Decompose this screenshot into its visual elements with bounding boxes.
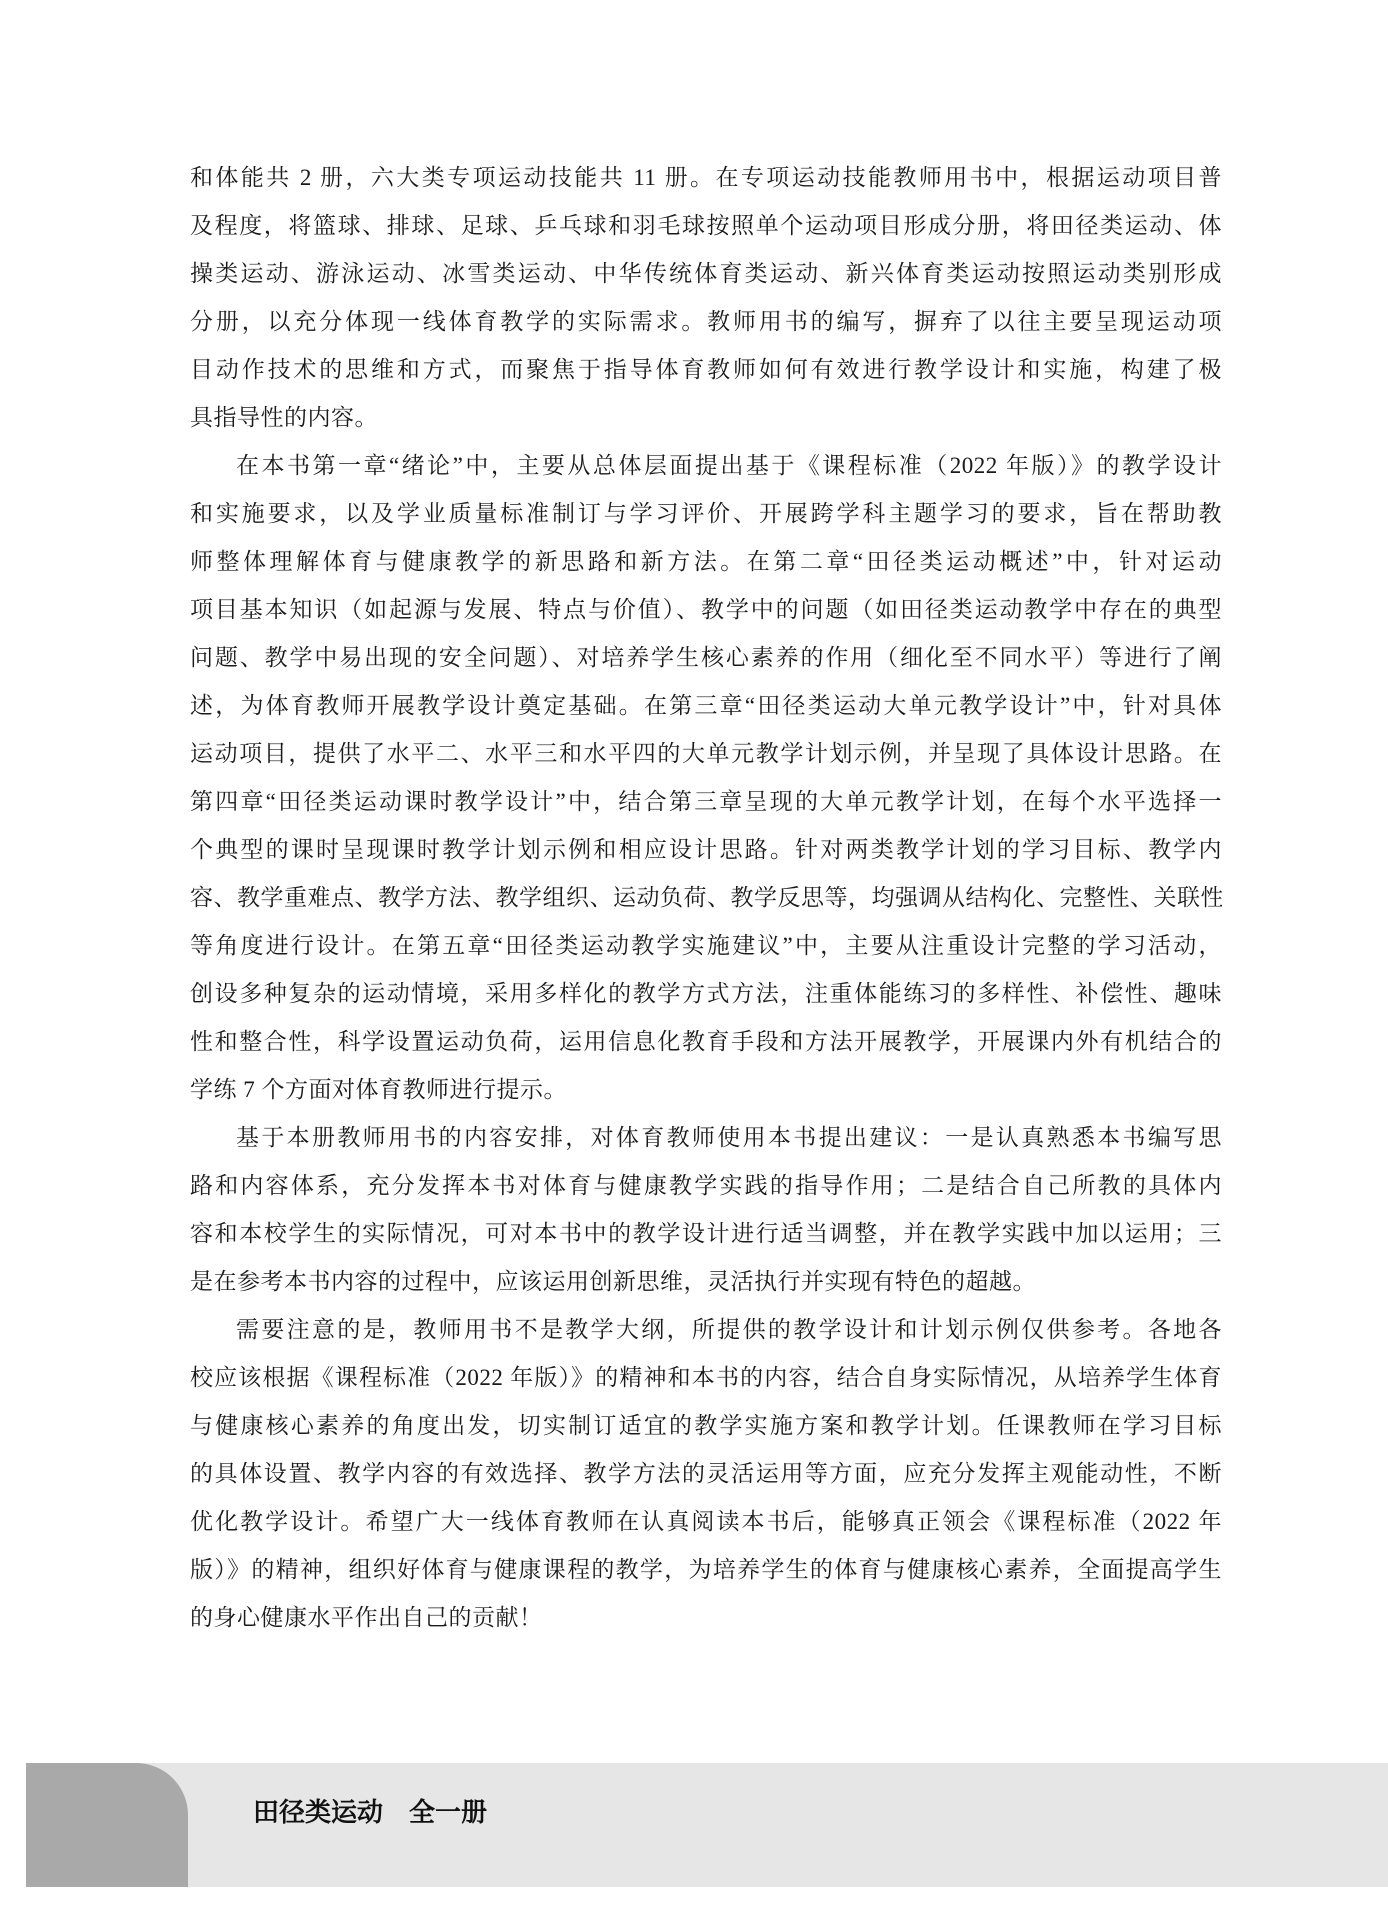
text-line: 个典型的课时呈现课时教学计划示例和相应设计思路。针对两类教学计划的学习目标、教学… <box>190 826 1222 874</box>
text-line: 的具体设置、教学内容的有效选择、教学方法的灵活运用等方面，应充分发挥主观能动性，… <box>190 1450 1222 1498</box>
text-line: 优化教学设计。希望广大一线体育教师在认真阅读本书后，能够真正领会《课程标准（20… <box>190 1498 1222 1546</box>
text-line: 容和本校学生的实际情况，可对本书中的教学设计进行适当调整，并在教学实践中加以运用… <box>190 1210 1222 1258</box>
text-line: 及程度，将篮球、排球、足球、乒乓球和羽毛球按照单个运动项目形成分册，将田径类运动… <box>190 202 1222 250</box>
text-line: 和体能共 2 册，六大类专项运动技能共 11 册。在专项运动技能教师用书中，根据… <box>190 154 1222 202</box>
text-line: 需要注意的是，教师用书不是教学大纲，所提供的教学设计和计划示例仅供参考。各地各 <box>190 1306 1222 1354</box>
text-line: 目动作技术的思维和方式，而聚焦于指导体育教师如何有效进行教学设计和实施，构建了极 <box>190 346 1222 394</box>
text-line: 操类运动、游泳运动、冰雪类运动、中华传统体育类运动、新兴体育类运动按照运动类别形… <box>190 250 1222 298</box>
text-line: 性和整合性，科学设置运动负荷，运用信息化教育手段和方法开展教学，开展课内外有机结… <box>190 1018 1222 1066</box>
paragraph: 基于本册教师用书的内容安排，对体育教师使用本书提出建议：一是认真熟悉本书编写思 … <box>190 1114 1222 1306</box>
text-line: 师整体理解体育与健康教学的新思路和新方法。在第二章“田径类运动概述”中，针对运动 <box>190 538 1222 586</box>
text-line: 基于本册教师用书的内容安排，对体育教师使用本书提出建议：一是认真熟悉本书编写思 <box>190 1114 1222 1162</box>
text-line: 容、教学重难点、教学方法、教学组织、运动负荷、教学反思等，均强调从结构化、完整性… <box>190 874 1222 922</box>
footer-band <box>26 1763 1388 1887</box>
text-line: 的身心健康水平作出自己的贡献！ <box>190 1594 1222 1642</box>
text-line: 问题、教学中易出现的安全问题）、对培养学生核心素养的作用（细化至不同水平）等进行… <box>190 634 1222 682</box>
text-line: 在本书第一章“绪论”中，主要从总体层面提出基于《课程标准（2022 年版）》的教… <box>190 442 1222 490</box>
paragraph: 和体能共 2 册，六大类专项运动技能共 11 册。在专项运动技能教师用书中，根据… <box>190 154 1222 442</box>
text-line: 述，为体育教师开展教学设计奠定基础。在第三章“田径类运动大单元教学设计”中，针对… <box>190 682 1222 730</box>
text-line: 具指导性的内容。 <box>190 394 1222 442</box>
text-line: 等角度进行设计。在第五章“田径类运动教学实施建议”中，主要从注重设计完整的学习活… <box>190 922 1222 970</box>
book-page: 和体能共 2 册，六大类专项运动技能共 11 册。在专项运动技能教师用书中，根据… <box>0 0 1388 1917</box>
paragraph: 在本书第一章“绪论”中，主要从总体层面提出基于《课程标准（2022 年版）》的教… <box>190 442 1222 1114</box>
paragraph: 需要注意的是，教师用书不是教学大纲，所提供的教学设计和计划示例仅供参考。各地各 … <box>190 1306 1222 1642</box>
text-line: 创设多种复杂的运动情境，采用多样化的教学方式方法，注重体能练习的多样性、补偿性、… <box>190 970 1222 1018</box>
text-line: 和实施要求，以及学业质量标准制订与学习评价、开展跨学科主题学习的要求，旨在帮助教 <box>190 490 1222 538</box>
text-line: 学练 7 个方面对体育教师进行提示。 <box>190 1066 1222 1114</box>
text-line: 第四章“田径类运动课时教学设计”中，结合第三章呈现的大单元教学计划，在每个水平选… <box>190 778 1222 826</box>
text-line: 校应该根据《课程标准（2022 年版）》的精神和本书的内容，结合自身实际情况，从… <box>190 1354 1222 1402</box>
text-line: 项目基本知识（如起源与发展、特点与价值）、教学中的问题（如田径类运动教学中存在的… <box>190 586 1222 634</box>
text-line: 分册，以充分体现一线体育教学的实际需求。教师用书的编写，摒弃了以往主要呈现运动项 <box>190 298 1222 346</box>
text-line: 路和内容体系，充分发挥本书对体育与健康教学实践的指导作用；二是结合自己所教的具体… <box>190 1162 1222 1210</box>
text-line: 运动项目，提供了水平二、水平三和水平四的大单元教学计划示例，并呈现了具体设计思路… <box>190 730 1222 778</box>
text-line: 版）》的精神，组织好体育与健康课程的教学，为培养学生的体育与健康核心素养，全面提… <box>190 1546 1222 1594</box>
text-line: 是在参考本书内容的过程中，应该运用创新思维，灵活执行并实现有特色的超越。 <box>190 1258 1222 1306</box>
chapter-tab-block <box>26 1763 188 1887</box>
text-line: 与健康核心素养的角度出发，切实制订适宜的教学实施方案和教学计划。任课教师在学习目… <box>190 1402 1222 1450</box>
page-body: 和体能共 2 册，六大类专项运动技能共 11 册。在专项运动技能教师用书中，根据… <box>190 154 1222 1642</box>
book-title: 田径类运动 全一册 <box>253 1787 487 1837</box>
